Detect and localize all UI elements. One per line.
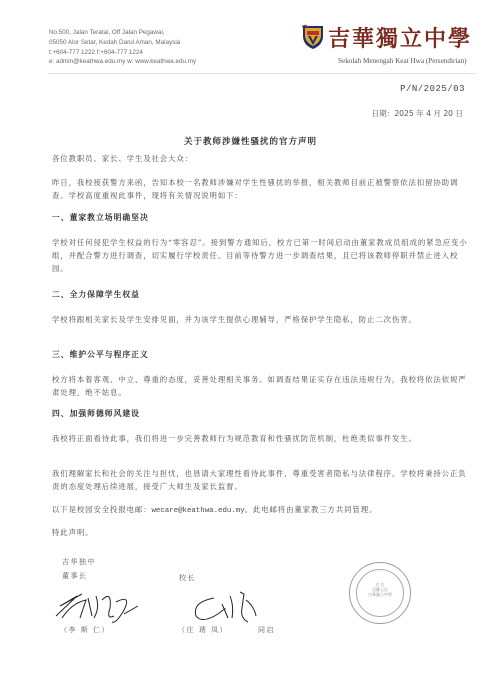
principal-role: 校长 (179, 573, 196, 583)
address-line: 05050 Alor Setar, Kedah Darul Aman, Mala… (49, 38, 196, 48)
salutation: 各位教职员、家长、学生及社会大众： (52, 152, 472, 165)
chairman-role: 董事长 (62, 571, 88, 581)
section-heading-4: 四、加强师德师风建设 (52, 408, 140, 419)
report-line: 以下是校园安全投报电邮：wecare@keathwa.edu.my。此电邮将由董… (52, 503, 472, 518)
section-text-1: 学校对任何侵犯学生权益的行为“零容忍”。接到警方通知后，校方已第一时间启动由董家… (52, 236, 472, 275)
letterhead-address: No.500, Jalan Teratai, Off Jalan Pegawai… (49, 28, 196, 67)
section-heading-3: 三、维护公平与程序正义 (52, 349, 149, 360)
school-seal-stamp: 吉 打 亞羅士打 吉華獨立中學 (349, 562, 411, 624)
jointly-signed-label: 同启 (258, 625, 275, 635)
section-text-3: 校方将本着客观、中立、尊重的态度，妥善处理相关事务。如调查结果证实存在违法违规行… (52, 373, 472, 399)
document-title: 关于教师涉嫌性骚扰的官方声明 (0, 135, 501, 147)
school-crest-icon (302, 24, 324, 50)
report-suffix: 。此电邮将由董家教三方共同管理。 (245, 505, 378, 514)
principal-signature (188, 588, 268, 628)
principal-name: （庄 琇 凤） (178, 625, 228, 635)
report-prefix: 以下是校园安全投报电邮： (52, 505, 152, 514)
report-email-link[interactable]: wecare@keathwa.edu.my (152, 507, 245, 515)
school-logo: 吉華獨立中學 Sekolah Menengah Keat Hwa (Persen… (302, 22, 482, 72)
school-name-english: Sekolah Menengah Keat Hwa (Persendirian) (338, 57, 467, 65)
sign-off: 特此声明。 (52, 526, 472, 539)
chairman-name: （李 斯 仁） (60, 625, 110, 635)
section-heading-1: 一、董家教立场明确坚决 (52, 212, 149, 223)
phone-fax-line: t:+604-777 1222 f:+604-777 1224 (49, 48, 196, 58)
school-name-chinese: 吉華獨立中學 (328, 22, 472, 53)
chairman-org: 吉华独中 (62, 557, 96, 567)
document-date: 日期：2025 年 4 月 20 日 (372, 108, 463, 119)
closing-paragraph: 我们理解家长和社会的关注与担忧，也恳请大家理性看待此事件，尊重受害者隐私与法律程… (52, 467, 472, 493)
chairman-signature (52, 588, 142, 628)
seal-text: 吉華獨立中學 (357, 592, 403, 597)
intro-paragraph: 昨日，我校接获警方来函，告知本校一名教师涉嫌对学生性骚扰的举报，相关教师目前正被… (52, 176, 472, 202)
seal-inner-ring: 吉 打 亞羅士打 吉華獨立中學 (356, 569, 404, 617)
section-text-4: 我校将正面看待此事，我们将进一步完善教师行为规范教育和性骚扰防范机制，杜绝类似事… (52, 432, 472, 445)
email-web-line: e: admin@keathwa.edu.my w: www.keathwa.e… (49, 57, 196, 67)
address-line: No.500, Jalan Teratai, Off Jalan Pegawai… (49, 28, 196, 38)
reference-number: P/N/2025/03 (400, 84, 465, 94)
header-divider (48, 73, 476, 74)
section-heading-2: 二、全力保障学生权益 (52, 289, 140, 300)
section-text-2: 学校将跟相关家长及学生安排见面，并为该学生提供心理辅导，严格保护学生隐私，防止二… (52, 313, 472, 326)
